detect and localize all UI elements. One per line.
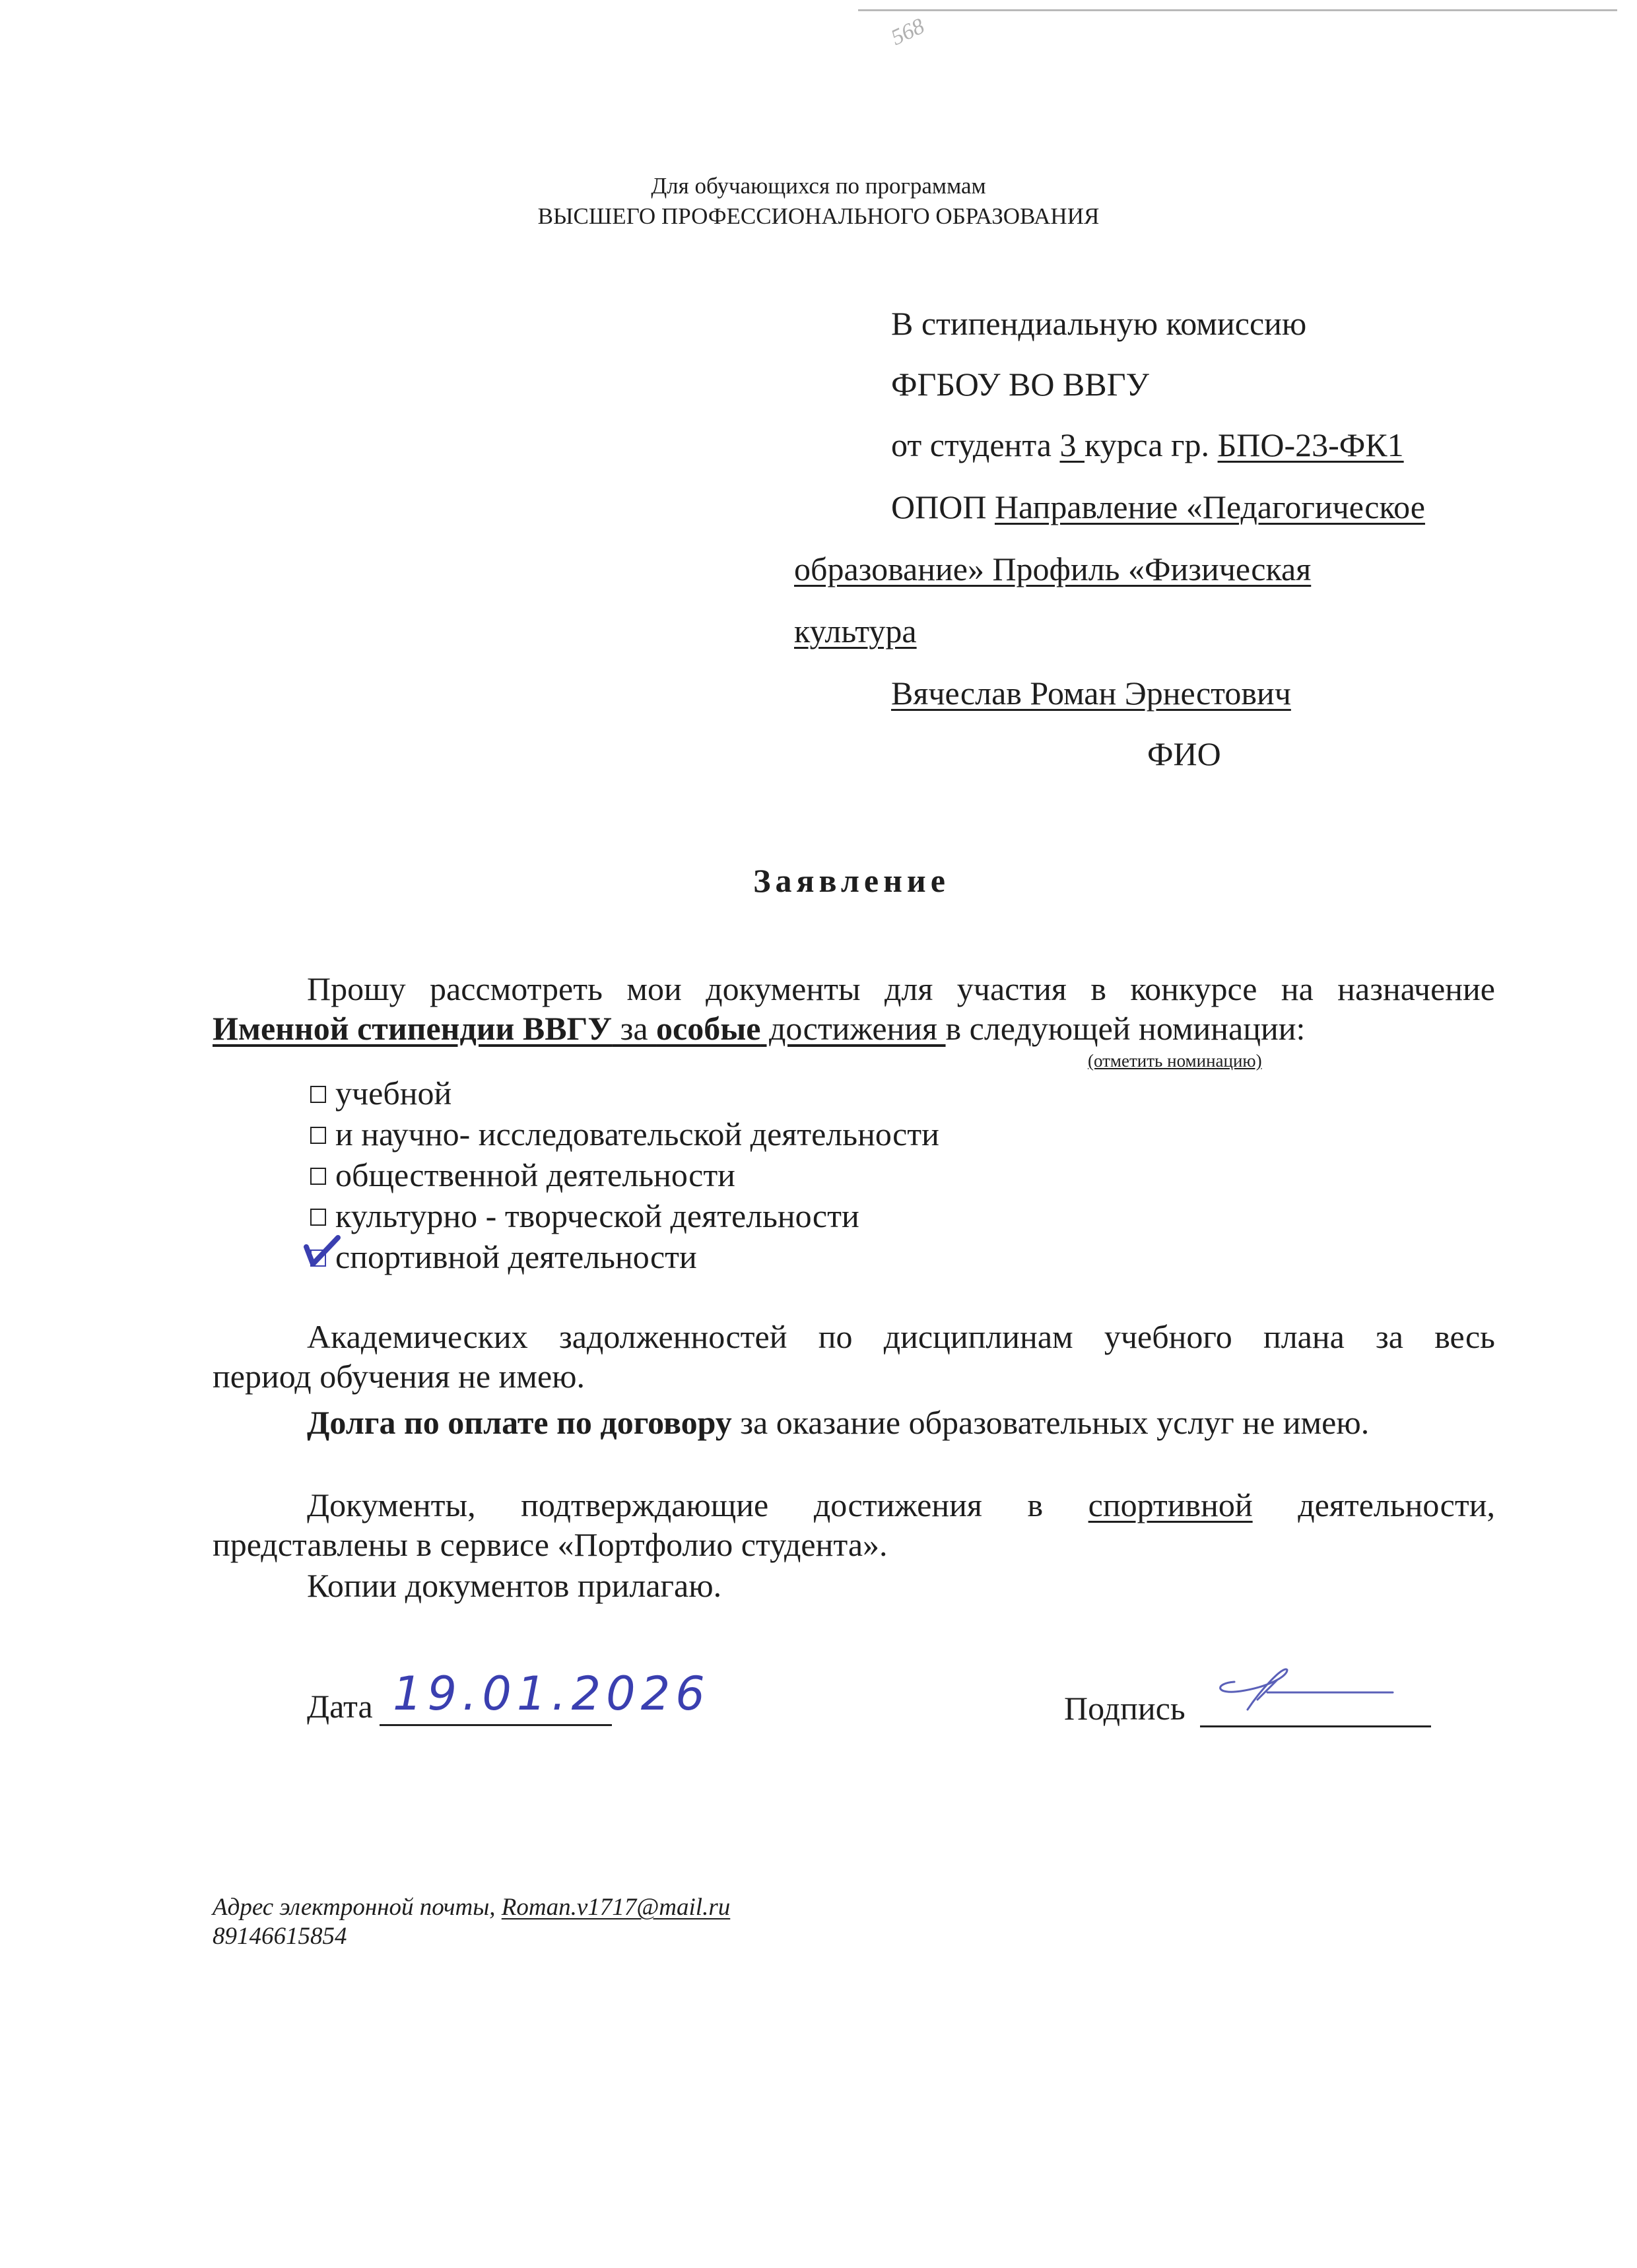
nomination-item-social[interactable]: общественной деятельности [310,1154,939,1195]
scholarship-name: Именной стипендии ВВГУ [213,1010,612,1047]
academic-line1: Академическихзадолженностейподисциплинам… [307,1317,1495,1356]
request-line2: Именной стипендии ВВГУ за особые достиже… [213,1009,1305,1048]
addressee-to: В стипендиальную комиссию [891,304,1306,343]
full-name-field: Вячеслав Роман Эрнестович [891,673,1291,713]
date-underline [380,1724,612,1726]
handwritten-checkmark-icon [302,1235,342,1272]
addressee-program-line1: ОПОП Направление «Педагогическое [891,487,1425,527]
addressee-org: ФГБОУ ВО ВВГУ [891,364,1149,404]
checkbox-empty-icon[interactable] [310,1209,326,1226]
nomination-item-research[interactable]: и научно- исследовательской деятельности [310,1114,939,1154]
course-field: 3 [1059,426,1085,463]
handwritten-signature-icon[interactable] [1195,1663,1432,1716]
program-field: Направление «Педагогическое [995,488,1425,525]
nomination-reference: спортивной [1088,1485,1253,1525]
group-field: БПО-23-ФК1 [1218,426,1404,463]
nomination-hint: (отметить номинацию) [1088,1051,1262,1071]
copies-statement: Копии документов прилагаю. [307,1566,721,1605]
nomination-list: учебной и научно- исследовательской деят… [310,1073,939,1277]
docs-line2: представлены в сервисе «Портфолио студен… [213,1525,888,1564]
docs-line1: Документы,подтверждающиедостижениявспорт… [307,1485,1495,1525]
nomination-item-study[interactable]: учебной [310,1073,939,1114]
scan-edge-line [858,9,1617,11]
name-caption: ФИО [1147,734,1221,774]
checkbox-empty-icon[interactable] [310,1168,326,1185]
pencil-note: 568 [887,14,928,51]
request-line1: Прошурассмотретьмоидокументыдляучастиявк… [307,969,1495,1009]
signature-underline [1200,1725,1431,1727]
email-link[interactable]: Roman.v1717@mail.ru [502,1894,730,1921]
addressee-program-line3: культура [794,611,917,651]
addressee-program-line2: образование» Профиль «Физическая [794,549,1311,589]
email-line: Адрес электронной почты, Roman.v1717@mai… [213,1893,730,1922]
checkbox-checked-icon[interactable] [310,1250,326,1267]
header-line2: ВЫСШЕГО ПРОФЕССИОНАЛЬНОГО ОБРАЗОВАНИЯ [0,203,1637,230]
debt-statement: Долга по оплате по договору за оказание … [307,1403,1369,1442]
checkbox-empty-icon[interactable] [310,1086,326,1103]
signature-label: Подпись [1064,1688,1186,1728]
date-handwritten[interactable]: 19.01.2026 [393,1667,710,1721]
phone-number: 89146615854 [213,1922,347,1951]
checkbox-empty-icon[interactable] [310,1127,326,1144]
nomination-item-culture[interactable]: культурно - творческой деятельности [310,1195,939,1236]
header-line1: Для обучающихся по программам [0,173,1637,199]
academic-line2: период обучения не имею. [213,1356,585,1396]
date-label: Дата [307,1686,373,1726]
document-title: Заявление [0,861,1637,900]
addressee-from: от студента 3 курса гр. БПО-23-ФК1 [891,425,1404,465]
nomination-item-sport[interactable]: спортивной деятельности [310,1236,939,1277]
